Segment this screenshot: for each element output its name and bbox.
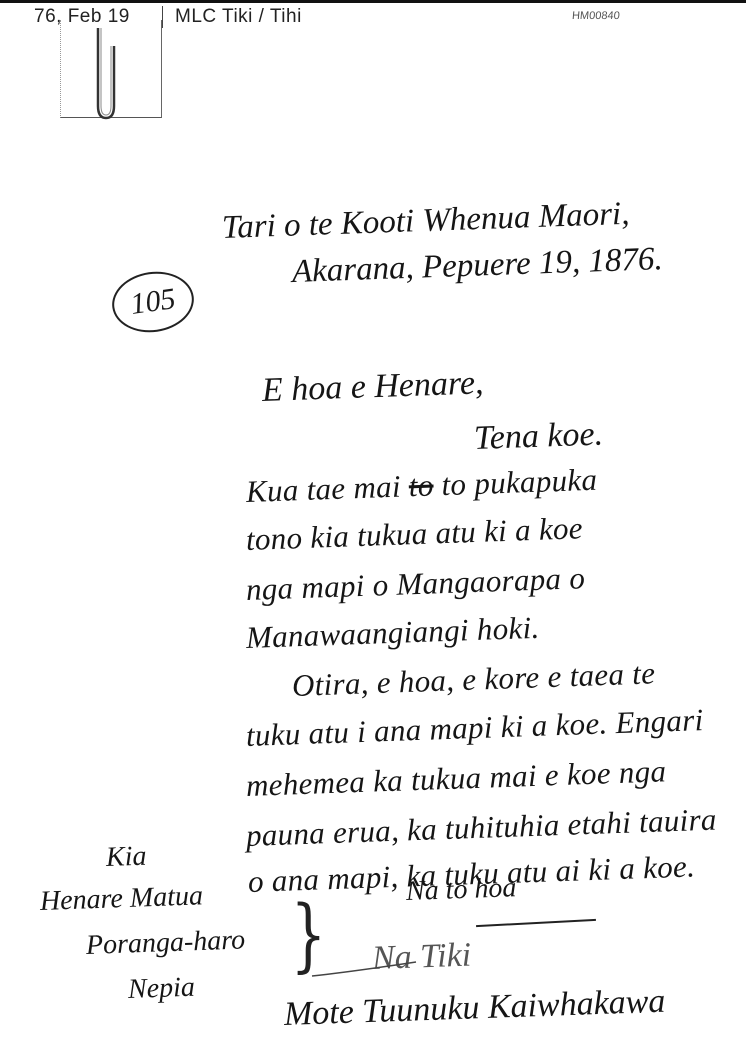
folio-number-circled: 105 bbox=[108, 267, 198, 338]
addressee-1: Henare Matua bbox=[39, 880, 203, 918]
tena-koe: Tena koe. bbox=[473, 416, 603, 458]
signatory-name: Mote Tuunuku Kaiwhakawa bbox=[283, 983, 666, 1034]
body-line-1-text-b: to pukapuka bbox=[433, 462, 598, 503]
body-line-5: Otira, e hoa, e kore e taea te bbox=[291, 655, 655, 704]
body-line-7: mehemea ka tukua mai e koe nga bbox=[245, 753, 666, 804]
signature-flourish-icon bbox=[310, 960, 420, 980]
dateline-place-date: Akarana, Pepuere 19, 1876. bbox=[291, 241, 663, 291]
valediction: Na to hoa bbox=[405, 872, 517, 908]
dateline-office: Tari o te Kooti Whenua Maori, bbox=[221, 196, 630, 247]
body-line-1-text-a: Kua tae mai bbox=[245, 468, 409, 509]
greeting: E hoa e Henare, bbox=[261, 364, 484, 410]
folio-number: 105 bbox=[128, 282, 177, 322]
struck-word: to bbox=[408, 467, 434, 503]
addressee-3: Nepia bbox=[127, 972, 195, 1006]
margin-kia: Kia bbox=[105, 841, 147, 874]
body-line-6: tuku atu i ana mapi ki a koe. Engari bbox=[245, 702, 704, 754]
body-line-1: Kua tae mai to to pukapuka bbox=[245, 462, 597, 510]
valediction-underline bbox=[476, 919, 596, 927]
body-line-4: Manawaangiangi hoki. bbox=[245, 610, 540, 656]
paper-clip-icon bbox=[88, 26, 122, 122]
catalog-number: HM00840 bbox=[571, 10, 620, 22]
addressee-2: Poranga-haro bbox=[85, 924, 245, 962]
scan-top-edge bbox=[0, 0, 746, 3]
classification-note: MLC Tiki / Tihi bbox=[162, 6, 302, 28]
body-line-3: nga mapi o Mangaorapa o bbox=[245, 560, 585, 608]
body-line-2: tono kia tukua atu ki a koe bbox=[245, 510, 583, 558]
body-line-8: pauna erua, ka tuhituhia etahi tauira bbox=[245, 802, 717, 854]
